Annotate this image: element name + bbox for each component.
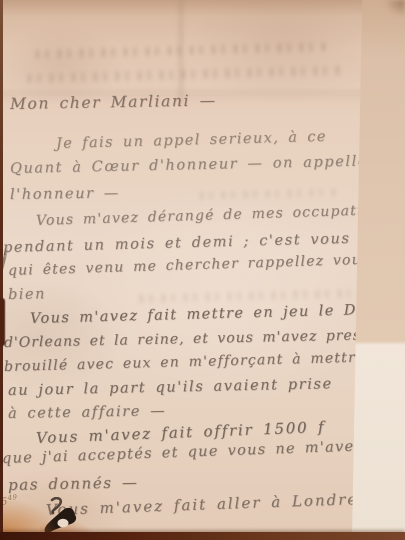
letter-photo: Mon cher Marliani —Je fais un appel seri…	[0, 0, 405, 540]
manuscript-line: qui êtes venu me chercher rappellez vous…	[8, 251, 376, 279]
manuscript-line: au jour la part qu'ils avaient prise	[8, 376, 333, 399]
letter-page: Mon cher Marliani —Je fais un appel seri…	[0, 0, 405, 540]
manuscript-line: brouillé avec eux en m'efforçant à mettr…	[4, 350, 366, 375]
table-edge-bottom	[0, 532, 405, 540]
bleedthrough-smudge	[200, 188, 340, 200]
shadow-top-right	[385, 0, 405, 16]
pencil-annotation: 549	[0, 493, 18, 508]
bleedthrough-smudge	[140, 289, 350, 302]
table-edge-left	[0, 0, 3, 540]
ink-blot	[42, 497, 82, 537]
manuscript-line: à cette affaire —	[8, 403, 167, 422]
manuscript-line: Quant à Cœur d'honneur — on appelle	[10, 154, 368, 177]
pencil-annotation-sup: 49	[7, 493, 18, 502]
manuscript-line: bien	[8, 286, 46, 303]
manuscript-line: l'honneur —	[10, 185, 120, 203]
bleedthrough-smudge	[28, 66, 340, 83]
manuscript-line: Vous m'avez dérangé de mes occupations,	[36, 202, 397, 229]
manuscript-line: Vous m'avez fait mettre en jeu le Duc	[30, 302, 377, 327]
manuscript-line: d'Orleans et la reine, et vous m'avez pr…	[4, 327, 391, 351]
manuscript-line: Je fais un appel serieux, à ce	[56, 129, 327, 152]
table-edge-spot	[0, 298, 5, 346]
manuscript-line: Mon cher Marliani —	[10, 91, 217, 113]
manuscript-line: pas donnés —	[8, 473, 139, 494]
manuscript-line: pendant un mois et demi ; c'est vous	[3, 231, 351, 256]
manuscript-line: Vous m'avez fait aller à Londres	[46, 490, 369, 519]
